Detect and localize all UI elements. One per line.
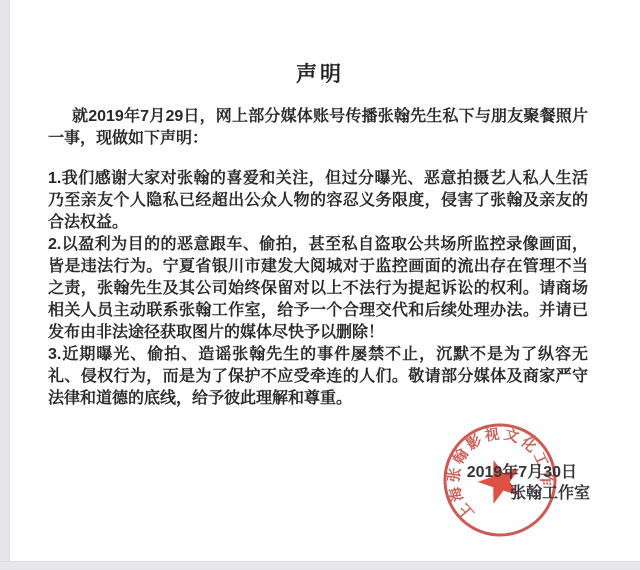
scan-edge-bottom: [0, 561, 640, 570]
statement-item-2: 2.以盈利为目的的恶意跟车、偷拍，甚至私自盗取公共场所监控录像画面，皆是违法行为…: [48, 234, 588, 344]
page-title: 声明: [0, 58, 640, 88]
signature-block: 2019年7月30日 张翰工作室: [467, 462, 590, 504]
statement-body: 就2019年7月29日，网上部分媒体账号传播张翰先生私下与朋友聚餐照片一事，现做…: [48, 106, 588, 410]
statement-item-1: 1.我们感谢大家对张翰的喜爱和关注，但过分曝光、恶意拍摄艺人私人生活乃至亲友个人…: [48, 168, 588, 234]
intro-paragraph: 就2019年7月29日，网上部分媒体账号传播张翰先生私下与朋友聚餐照片一事，现做…: [48, 106, 588, 150]
signature-name: 张翰工作室: [467, 483, 590, 504]
statement-document: 声明 就2019年7月29日，网上部分媒体账号传播张翰先生私下与朋友聚餐照片一事…: [0, 0, 640, 570]
statement-item-3: 3.近期曝光、偷拍、造谣张翰先生的事件屡禁不止，沉默不是为了纵容无礼、侵权行为，…: [48, 344, 588, 410]
signature-date: 2019年7月30日: [467, 462, 590, 483]
